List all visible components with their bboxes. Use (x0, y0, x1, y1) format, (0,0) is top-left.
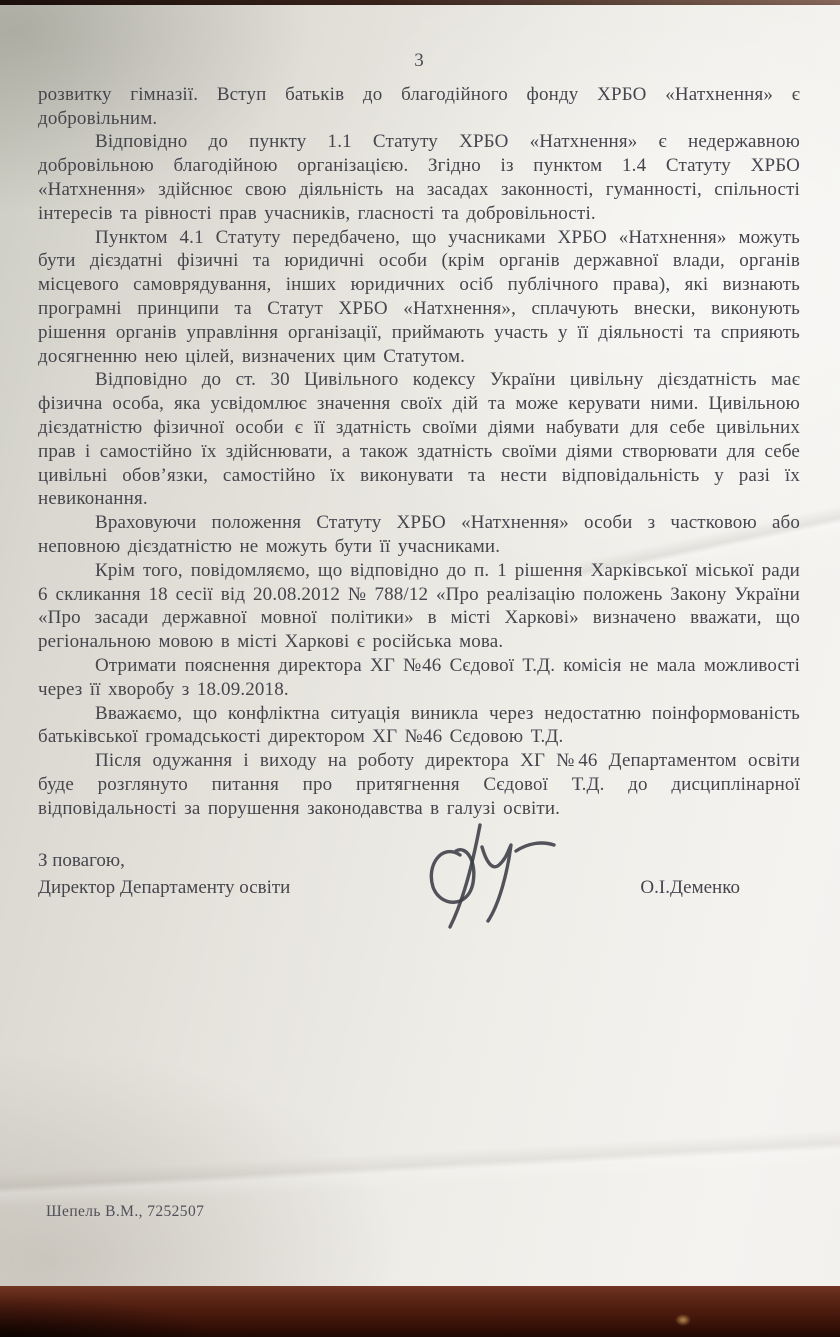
body-paragraph: Після одужання і виходу на роботу директ… (38, 749, 800, 820)
signer-title: Директор Департаменту освіти (38, 874, 290, 901)
signer-name: О.І.Деменко (640, 874, 740, 901)
document-page: 3 розвитку гімназії. Вступ батьків до бл… (0, 5, 840, 1286)
body-paragraph: Пунктом 4.1 Статуту передбачено, що учас… (38, 226, 800, 369)
body-paragraph: Відповідно до ст. 30 Цивільного кодексу … (38, 368, 800, 511)
salutation: З повагою, (38, 847, 290, 874)
body-paragraph: Отримати пояснення директора ХГ №46 Сєдо… (38, 654, 800, 702)
document-content: 3 розвитку гімназії. Вступ батьків до бл… (38, 49, 800, 901)
footer-reference: Шепель В.М., 7252507 (46, 1203, 204, 1221)
paper-crease (0, 1120, 840, 1210)
body-paragraph: розвитку гімназії. Вступ батьків до благ… (38, 83, 800, 131)
body-paragraph: Вважаємо, що конфліктна ситуація виникла… (38, 702, 800, 750)
page-number: 3 (38, 49, 800, 73)
closing-left: З повагою, Директор Департаменту освіти (38, 847, 290, 901)
photo-of-document: 3 розвитку гімназії. Вступ батьків до бл… (0, 0, 840, 1337)
body-paragraph: Відповідно до пункту 1.1 Статуту ХРБО «Н… (38, 130, 800, 225)
document-body: розвитку гімназії. Вступ батьків до благ… (38, 83, 800, 821)
table-surface (0, 1286, 840, 1337)
closing-block: З повагою, Директор Департаменту освіти … (38, 847, 800, 901)
signature (416, 821, 576, 931)
body-paragraph: Крім того, повідомляємо, що відповідно д… (38, 559, 800, 654)
body-paragraph: Враховуючи положення Статуту ХРБО «Натхн… (38, 511, 800, 559)
table-glint (675, 1314, 691, 1326)
